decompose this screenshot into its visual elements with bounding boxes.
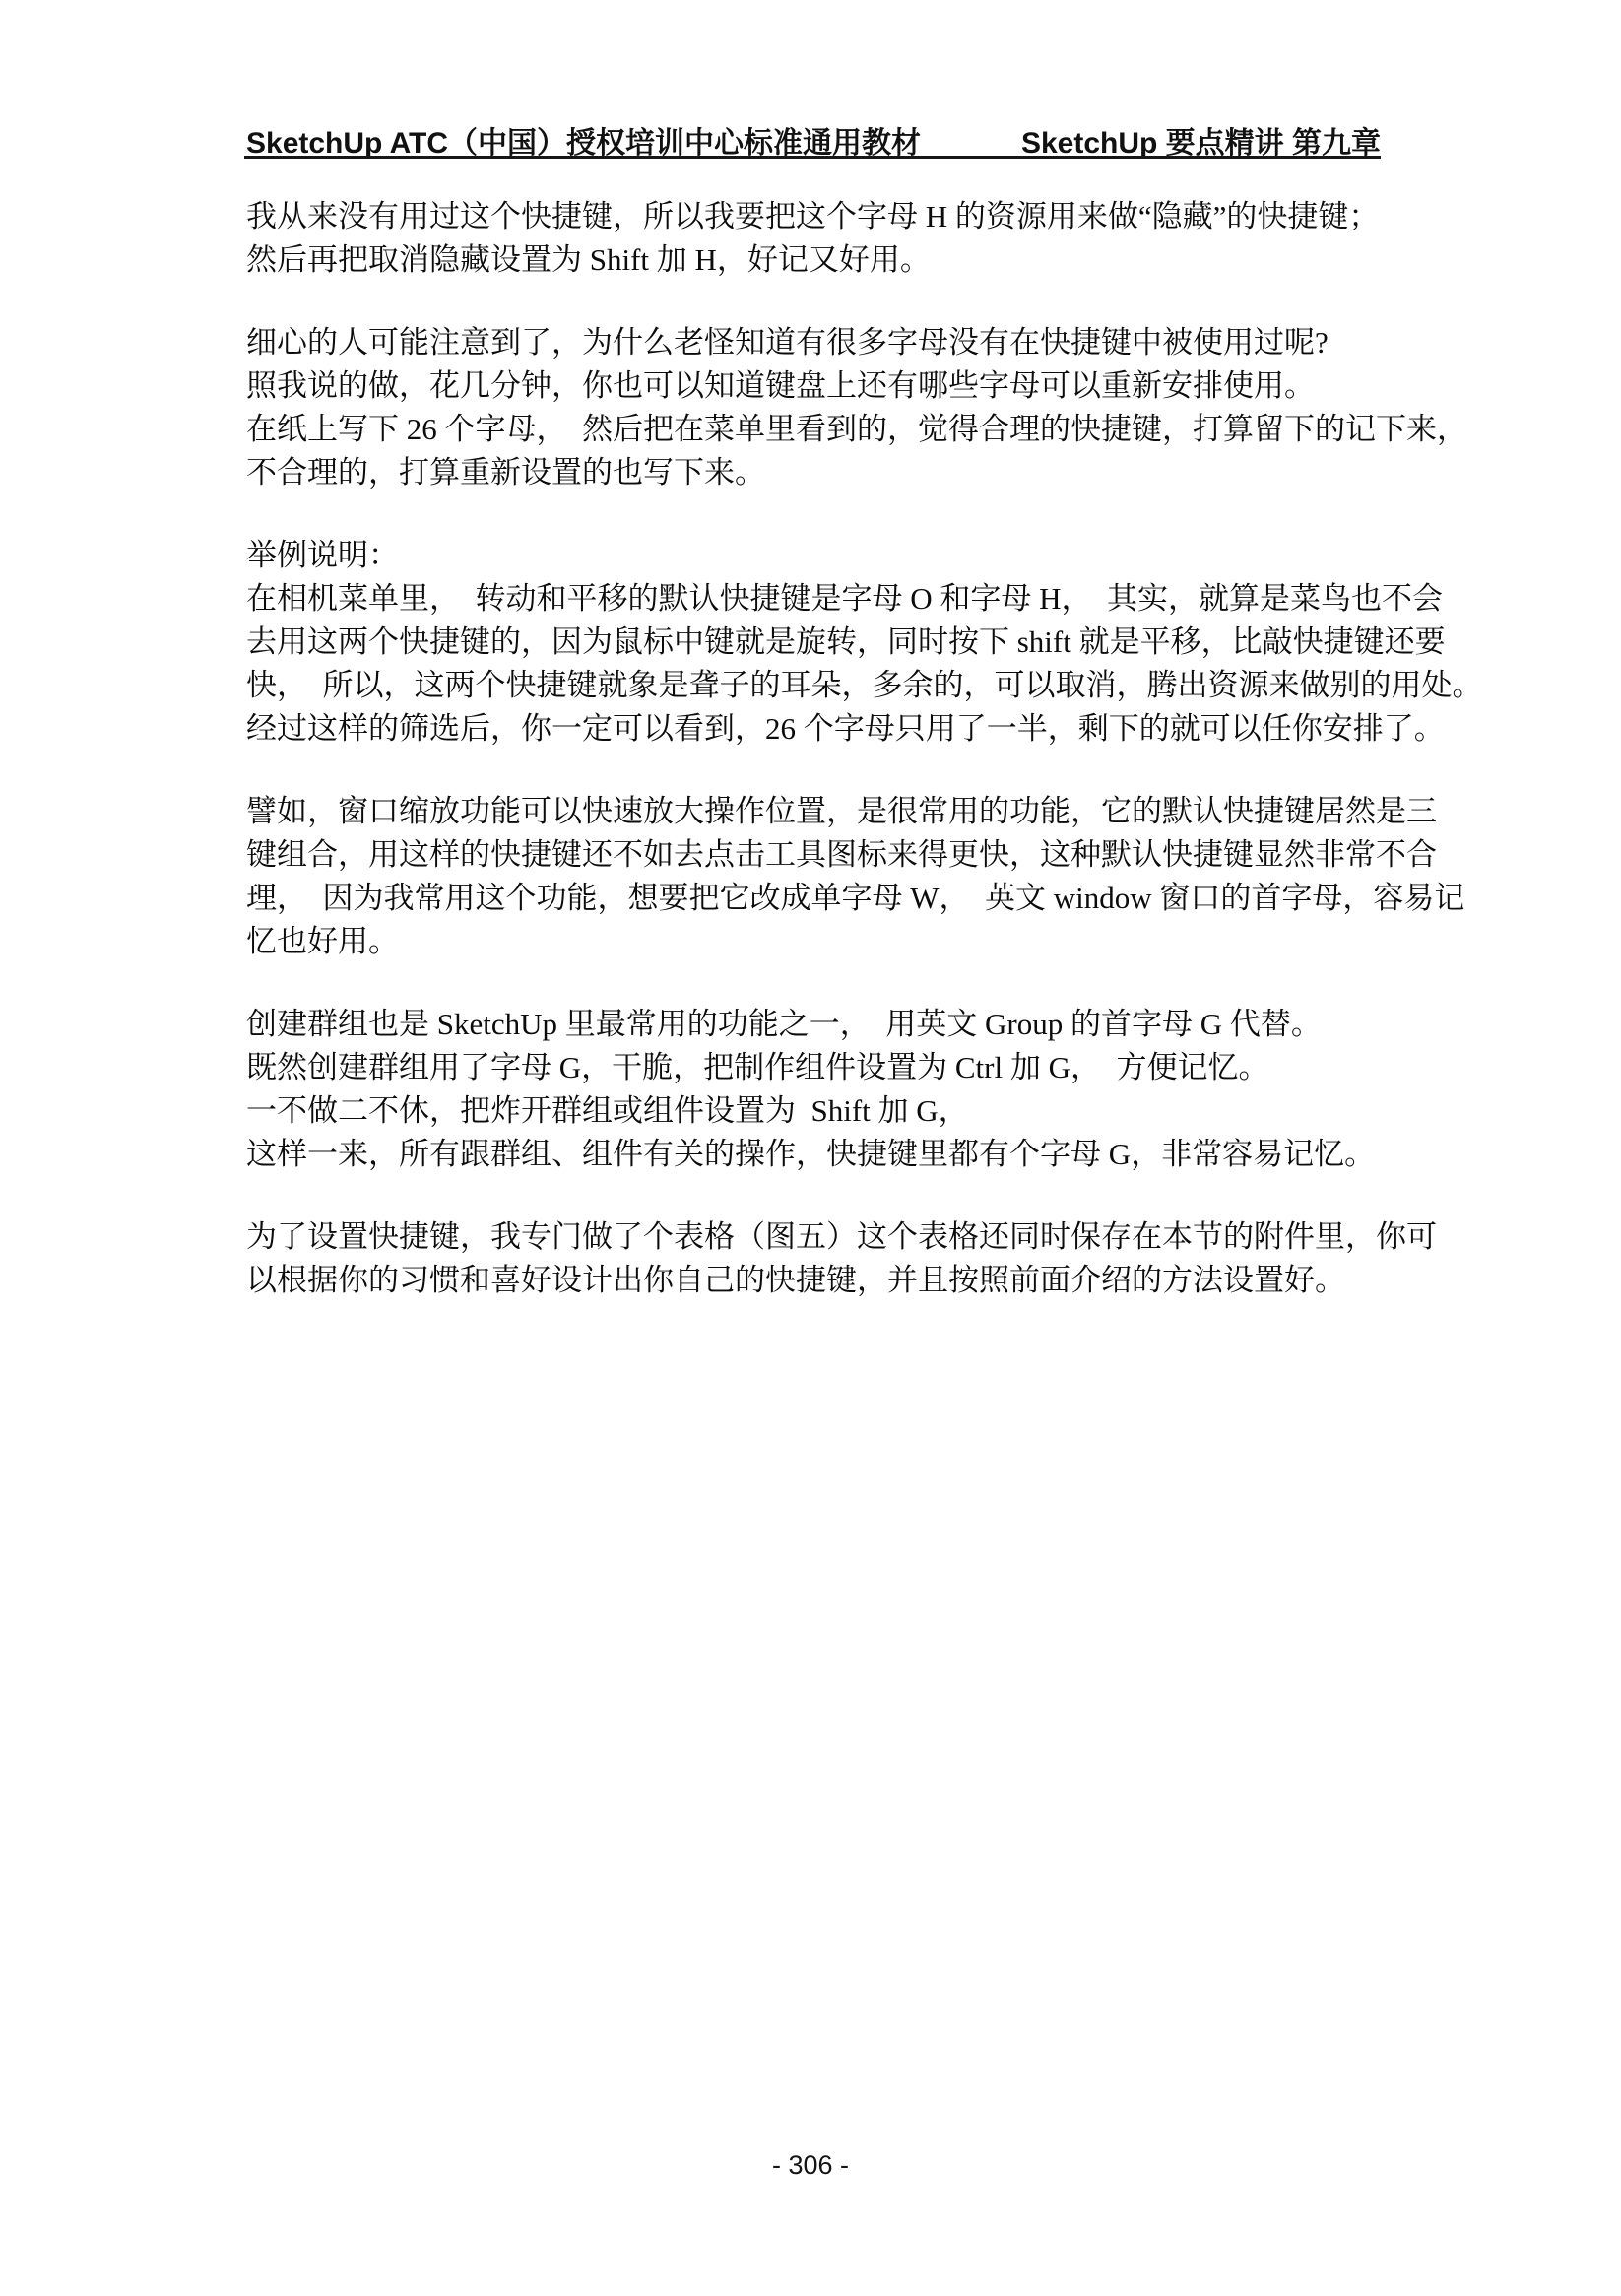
paragraph: 举例说明： 在相机菜单里， 转动和平移的默认快捷键是字母 O 和字母 H， 其实… — [246, 534, 1418, 751]
text-line: 一不做二不休，把炸开群组或组件设置为 Shift 加 G， — [246, 1089, 1418, 1133]
paragraph: 为了设置快捷键，我专门做了个表格（图五）这个表格还同时保存在本节的附件里，你可 … — [246, 1215, 1418, 1302]
paragraph: 细心的人可能注意到了，为什么老怪知道有很多字母没有在快捷键中被使用过呢? 照我说… — [246, 321, 1418, 494]
text-line: 譬如，窗口缩放功能可以快速放大操作位置，是很常用的功能，它的默认快捷键居然是三 — [246, 790, 1418, 833]
document-page: SketchUp ATC（中国）授权培训中心标准通用教材 SketchUp 要点… — [0, 0, 1621, 2296]
text-line: 创建群组也是 SketchUp 里最常用的功能之一， 用英文 Group 的首字… — [246, 1003, 1418, 1046]
page-footer: - 306 - — [0, 2150, 1621, 2181]
paragraph: 譬如，窗口缩放功能可以快速放大操作位置，是很常用的功能，它的默认快捷键居然是三 … — [246, 790, 1418, 963]
text-line: 举例说明： — [246, 534, 1418, 577]
text-line: 细心的人可能注意到了，为什么老怪知道有很多字母没有在快捷键中被使用过呢? — [246, 321, 1418, 364]
text-line: 在纸上写下 26 个字母， 然后把在菜单里看到的，觉得合理的快捷键，打算留下的记… — [246, 408, 1418, 451]
text-line: 键组合，用这样的快捷键还不如去点击工具图标来得更快，这种默认快捷键显然非常不合 — [246, 833, 1418, 877]
document-body: 我从来没有用过这个快捷键，所以我要把这个字母 H 的资源用来做“隐藏”的快捷键；… — [246, 195, 1418, 1342]
text-line: 去用这两个快捷键的，因为鼠标中键就是旋转，同时按下 shift 就是平移，比敲快… — [246, 621, 1418, 664]
text-line: 为了设置快捷键，我专门做了个表格（图五）这个表格还同时保存在本节的附件里，你可 — [246, 1215, 1418, 1259]
text-line: 然后再把取消隐藏设置为 Shift 加 H，好记又好用。 — [246, 238, 1418, 282]
header-rule — [244, 156, 1381, 159]
text-line: 忆也好用。 — [246, 920, 1418, 963]
text-line: 这样一来，所有跟群组、组件有关的操作，快捷键里都有个字母 G，非常容易记忆。 — [246, 1133, 1418, 1176]
text-line: 在相机菜单里， 转动和平移的默认快捷键是字母 O 和字母 H， 其实，就算是菜鸟… — [246, 577, 1418, 621]
text-line: 经过这样的筛选后，你一定可以看到，26 个字母只用了一半，剩下的就可以任你安排了… — [246, 707, 1418, 751]
paragraph: 我从来没有用过这个快捷键，所以我要把这个字母 H 的资源用来做“隐藏”的快捷键；… — [246, 195, 1418, 282]
text-line: 理， 因为我常用这个功能，想要把它改成单字母 W， 英文 window 窗口的首… — [246, 877, 1418, 920]
text-line: 以根据你的习惯和喜好设计出你自己的快捷键，并且按照前面介绍的方法设置好。 — [246, 1259, 1418, 1302]
text-line: 照我说的做，花几分钟，你也可以知道键盘上还有哪些字母可以重新安排使用。 — [246, 364, 1418, 408]
text-line: 既然创建群组用了字母 G，干脆，把制作组件设置为 Ctrl 加 G， 方便记忆。 — [246, 1046, 1418, 1089]
paragraph: 创建群组也是 SketchUp 里最常用的功能之一， 用英文 Group 的首字… — [246, 1003, 1418, 1176]
text-line: 快， 所以，这两个快捷键就象是聋子的耳朵，多余的，可以取消，腾出资源来做别的用处… — [246, 664, 1418, 707]
text-line: 我从来没有用过这个快捷键，所以我要把这个字母 H 的资源用来做“隐藏”的快捷键； — [246, 195, 1418, 238]
text-line: 不合理的，打算重新设置的也写下来。 — [246, 451, 1418, 494]
page-number: - 306 - — [772, 2150, 849, 2180]
